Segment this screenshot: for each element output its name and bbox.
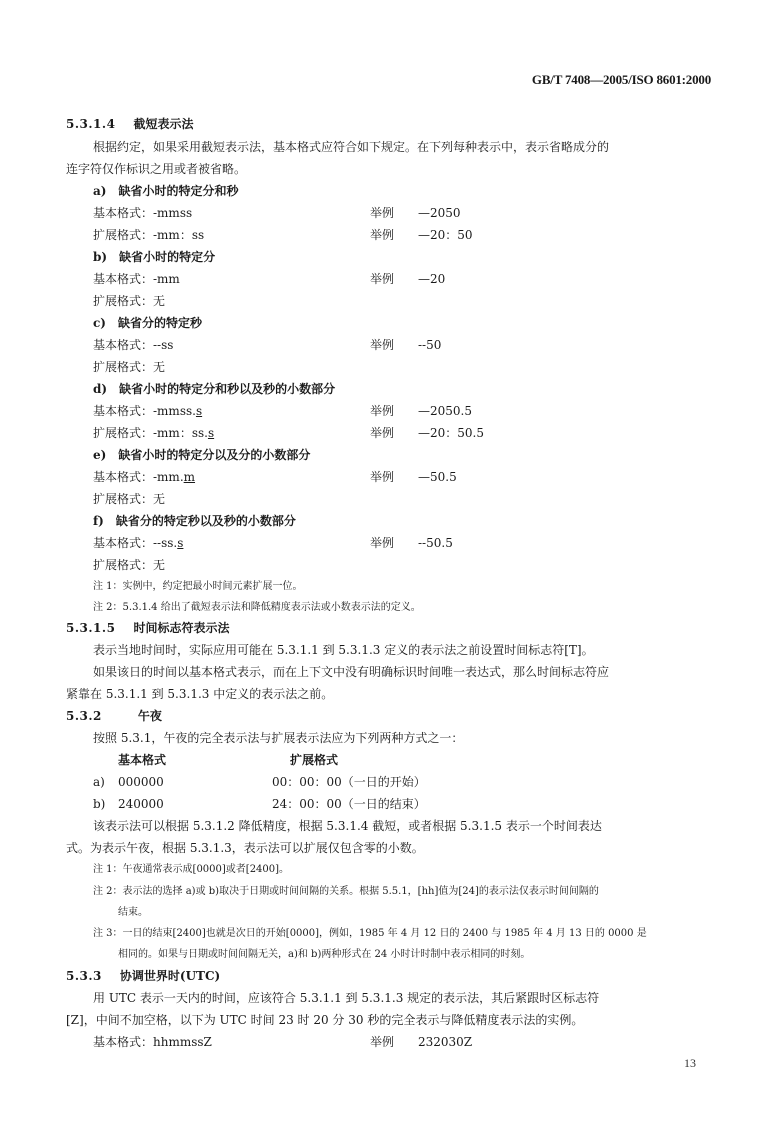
section-number: 5.3.2	[66, 708, 102, 724]
example-value: 232030Z	[418, 1035, 472, 1049]
paragraph-line: 用 UTC 表示一天内的时间，应该符合 5.3.1.1 到 5.3.1.3 规定…	[93, 990, 599, 1006]
item-heading-f: f) 缺省分的特定秒以及秒的小数部分	[93, 513, 296, 529]
row-label-b: b)	[93, 796, 105, 812]
example-utc: 举例232030Z	[370, 1034, 472, 1050]
note-3: 注 3：一日的结束[2400]也就是次日的开始[0000]，例如，1985 年 …	[93, 926, 647, 942]
example-a-extended: 举例—20：50	[370, 227, 473, 243]
section-number: 5.3.1.5	[66, 620, 115, 636]
example-label: 举例	[370, 425, 418, 441]
item-heading-b: b) 缺省小时的特定分	[93, 249, 215, 265]
example-value: —20	[418, 272, 445, 286]
paragraph-line: 连字符仅作标识之用或者被省略。	[66, 161, 246, 177]
section-title: 截短表示法	[133, 117, 193, 131]
note-1: 注 1：实例中，约定把最小时间元素扩展一位。	[93, 579, 303, 595]
example-value: —20：50.5	[418, 426, 484, 440]
extended-format-f: 扩展格式：无	[93, 557, 165, 573]
paragraph-line: 式。为表示午夜，根据 5.3.1.3，表示法可以扩展仅包含零的小数。	[66, 840, 424, 856]
format-text: 扩展格式：-mm：ss.	[93, 426, 208, 440]
item-heading-a: a) 缺省小时的特定分和秒	[93, 183, 238, 199]
item-heading-c: c) 缺省分的特定秒	[93, 315, 202, 331]
example-value: —2050.5	[418, 404, 472, 418]
example-value: —2050	[418, 206, 461, 220]
extended-format-d: 扩展格式：-mm：ss.s	[93, 425, 214, 441]
section-title: 协调世界时(UTC)	[120, 969, 220, 983]
example-c-basic: 举例--50	[370, 337, 441, 353]
note-2-cont: 结束。	[118, 905, 148, 921]
basic-format-b: 基本格式：-mm	[93, 271, 180, 287]
example-label: 举例	[370, 205, 418, 221]
example-value: —20：50	[418, 228, 473, 242]
section-number: 5.3.1.4	[66, 116, 115, 132]
row-basic-b: 240000	[118, 796, 164, 812]
row-extended-a: 00：00：00（一日的开始）	[272, 774, 426, 790]
note-2: 注 2：5.3.1.4 给出了截短表示法和降低精度表示法或小数表示法的定义。	[93, 600, 421, 616]
row-extended-b: 24：00：00（一日的结束）	[272, 796, 426, 812]
format-text: 基本格式：-mmss.	[93, 404, 196, 418]
section-number: 5.3.3	[66, 968, 102, 984]
standard-id-header: GB/T 7408—2005/ISO 8601:2000	[532, 72, 711, 88]
example-value: —50.5	[418, 470, 457, 484]
paragraph-line: 按照 5.3.1，午夜的完全表示法与扩展表示法应为下列两种方式之一：	[93, 730, 463, 746]
extended-format-b: 扩展格式：无	[93, 293, 165, 309]
example-label: 举例	[370, 403, 418, 419]
basic-format-c: 基本格式：--ss	[93, 337, 173, 353]
section-heading-532: 5.3.2午夜	[66, 708, 162, 724]
paragraph-line: [Z]，中间不加空格，以下为 UTC 时间 23 时 20 分 30 秒的完全表…	[66, 1012, 583, 1028]
basic-format-d: 基本格式：-mmss.s	[93, 403, 202, 419]
example-d-extended: 举例—20：50.5	[370, 425, 484, 441]
extended-format-c: 扩展格式：无	[93, 359, 165, 375]
paragraph-line: 表示当地时间时，实际应用可能在 5.3.1.1 到 5.3.1.3 定义的表示法…	[93, 642, 594, 658]
example-label: 举例	[370, 469, 418, 485]
basic-format-a: 基本格式：-mmss	[93, 205, 192, 221]
extended-format-a: 扩展格式：-mm：ss	[93, 227, 204, 243]
example-value: --50	[418, 338, 441, 352]
page-number: 13	[684, 1056, 696, 1071]
column-header-basic: 基本格式	[118, 752, 166, 768]
paragraph-line: 该表示法可以根据 5.3.1.2 降低精度，根据 5.3.1.4 截短，或者根据…	[93, 818, 602, 834]
section-heading-533: 5.3.3协调世界时(UTC)	[66, 968, 220, 984]
basic-format-e: 基本格式：-mm.m	[93, 469, 195, 485]
underlined-digit: m	[184, 470, 195, 484]
format-text: 基本格式：-mm.	[93, 470, 184, 484]
section-heading-5314: 5.3.1.4截短表示法	[66, 116, 193, 132]
extended-format-e: 扩展格式：无	[93, 491, 165, 507]
paragraph-line: 根据约定，如果采用截短表示法，基本格式应符合如下规定。在下列每种表示中，表示省略…	[93, 139, 609, 155]
item-heading-e: e) 缺省小时的特定分以及分的小数部分	[93, 447, 310, 463]
underlined-digit: s	[208, 426, 214, 440]
row-label-a: a)	[93, 774, 105, 790]
paragraph-line: 紧靠在 5.3.1.1 到 5.3.1.3 中定义的表示法之前。	[66, 686, 333, 702]
item-heading-d: d) 缺省小时的特定分和秒以及秒的小数部分	[93, 381, 335, 397]
underlined-digit: s	[196, 404, 202, 418]
basic-format-utc: 基本格式：hhmmssZ	[93, 1034, 212, 1050]
example-label: 举例	[370, 535, 418, 551]
paragraph-line: 如果该日的时间以基本格式表示，而在上下文中没有明确标识时间唯一表达式，那么时间标…	[93, 664, 609, 680]
example-label: 举例	[370, 271, 418, 287]
note-3-cont: 相同的。如果与日期或时间间隔无关，a)和 b)两种形式在 24 小时计时制中表示…	[118, 947, 530, 963]
note-2: 注 2：表示法的选择 a)或 b)取决于日期或时间间隔的关系。根据 5.5.1，…	[93, 884, 599, 900]
row-basic-a: 000000	[118, 774, 164, 790]
column-header-extended: 扩展格式	[290, 752, 338, 768]
example-a-basic: 举例—2050	[370, 205, 461, 221]
example-f-basic: 举例--50.5	[370, 535, 453, 551]
example-label: 举例	[370, 337, 418, 353]
example-e-basic: 举例—50.5	[370, 469, 457, 485]
underlined-digit: s	[177, 536, 183, 550]
basic-format-f: 基本格式：--ss.s	[93, 535, 183, 551]
example-value: --50.5	[418, 536, 453, 550]
format-text: 基本格式：--ss.	[93, 536, 177, 550]
section-heading-5315: 5.3.1.5时间标志符表示法	[66, 620, 229, 636]
example-label: 举例	[370, 1034, 418, 1050]
section-title: 午夜	[138, 709, 162, 723]
example-label: 举例	[370, 227, 418, 243]
example-b-basic: 举例—20	[370, 271, 445, 287]
section-title: 时间标志符表示法	[133, 621, 229, 635]
example-d-basic: 举例—2050.5	[370, 403, 472, 419]
note-1: 注 1：午夜通常表示成[0000]或者[2400]。	[93, 862, 289, 878]
